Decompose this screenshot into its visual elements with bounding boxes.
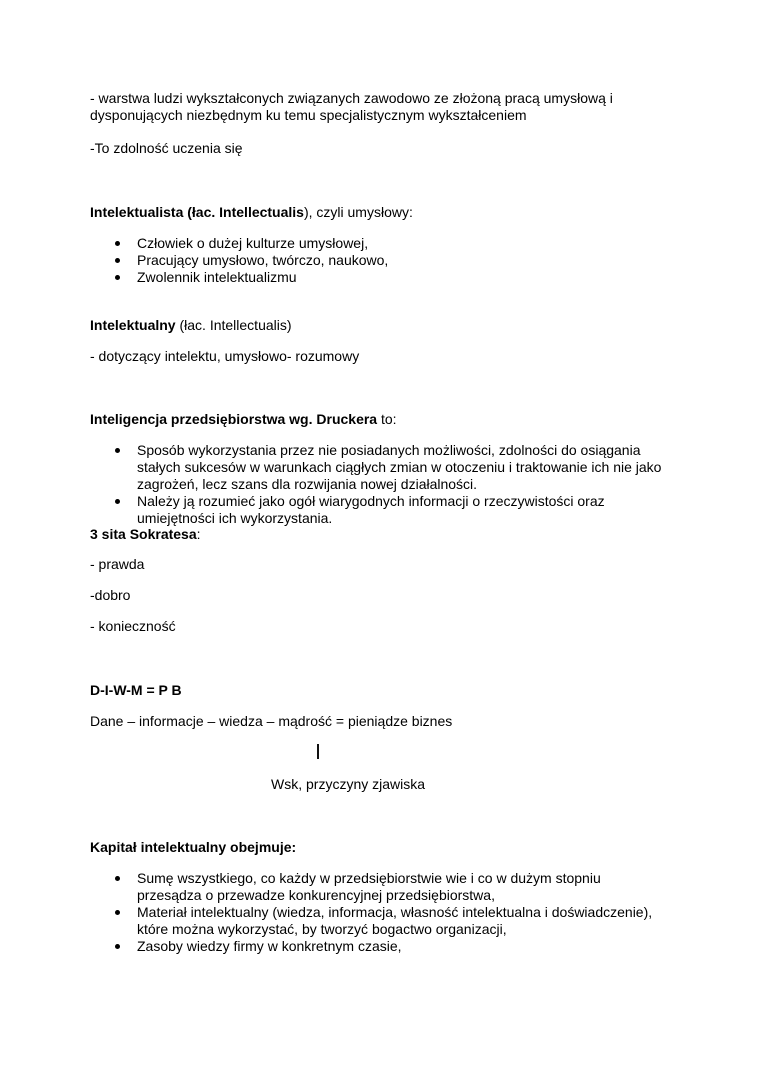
sokrates-item-3: - konieczność (90, 618, 690, 635)
inteligencja-list: Sposób wykorzystania przez nie posiadany… (90, 442, 690, 527)
intro-line-3: -To zdolność uczenia się (90, 140, 690, 157)
inteligencja-heading-bold: Inteligencja przedsiębiorstwa wg. Drucke… (90, 411, 377, 427)
list-item: Człowiek o dużej kulturze umysłowej, (90, 235, 690, 252)
list-item: Materiał intelektualny (wiedza, informac… (90, 904, 690, 938)
bullet-icon (115, 910, 120, 915)
sokrates-item-2: -dobro (90, 587, 690, 604)
intelektualista-heading-bold: Intelektualista (łac. Intellectualis (90, 204, 304, 220)
sokrates-heading-bold: 3 sita Sokratesa (90, 526, 197, 542)
kapital-heading: Kapitał intelektualny obejmuje: (90, 839, 690, 856)
intelektualista-heading: Intelektualista (łac. Intellectualis), c… (90, 204, 690, 221)
kapital-list: Sumę wszystkiego, co każdy w przedsiębio… (90, 870, 690, 955)
diwm-heading: D-I-W-M = P B (90, 682, 690, 699)
diwm-note: Wsk, przyczyny zjawiska (271, 776, 760, 793)
intro-line-2: dysponujących niezbędnym ku temu specjal… (90, 107, 690, 124)
inteligencja-heading-rest: to: (377, 411, 396, 427)
intelektualny-definition: - dotyczący intelektu, umysłowo- rozumow… (90, 348, 690, 365)
bullet-icon (115, 275, 120, 280)
bullet-icon (115, 499, 120, 504)
bullet-icon (115, 876, 120, 881)
list-item: Sposób wykorzystania przez nie posiadany… (90, 442, 690, 493)
intelektualny-heading: Intelektualny (łac. Intellectualis) (90, 317, 690, 334)
document-page: - warstwa ludzi wykształconych związanyc… (0, 0, 760, 1075)
sokrates-heading-rest: : (197, 526, 201, 542)
bullet-icon (115, 944, 120, 949)
inteligencja-heading: Inteligencja przedsiębiorstwa wg. Drucke… (90, 411, 690, 428)
bullet-icon (115, 448, 120, 453)
bullet-icon (115, 258, 120, 263)
list-item: Zasoby wiedzy firmy w konkretnym czasie, (90, 938, 690, 955)
sokrates-item-1: - prawda (90, 556, 690, 573)
pipe-connector (317, 744, 319, 759)
sokrates-heading: 3 sita Sokratesa: (90, 526, 690, 543)
intelektualny-heading-rest: (łac. Intellectualis) (176, 317, 292, 333)
bullet-icon (115, 241, 120, 246)
list-item: Sumę wszystkiego, co każdy w przedsiębio… (90, 870, 690, 904)
intelektualny-heading-bold: Intelektualny (90, 317, 176, 333)
intro-line-1: - warstwa ludzi wykształconych związanyc… (90, 90, 690, 107)
list-item: Zwolennik intelektualizmu (90, 269, 690, 286)
intelektualista-list: Człowiek o dużej kulturze umysłowej, Pra… (90, 235, 690, 286)
list-item: Należy ją rozumieć jako ogół wiarygodnyc… (90, 493, 690, 527)
intelektualista-heading-rest: ), czyli umysłowy: (304, 204, 413, 220)
list-item: Pracujący umysłowo, twórczo, naukowo, (90, 252, 690, 269)
diwm-formula: Dane – informacje – wiedza – mądrość = p… (90, 713, 690, 730)
